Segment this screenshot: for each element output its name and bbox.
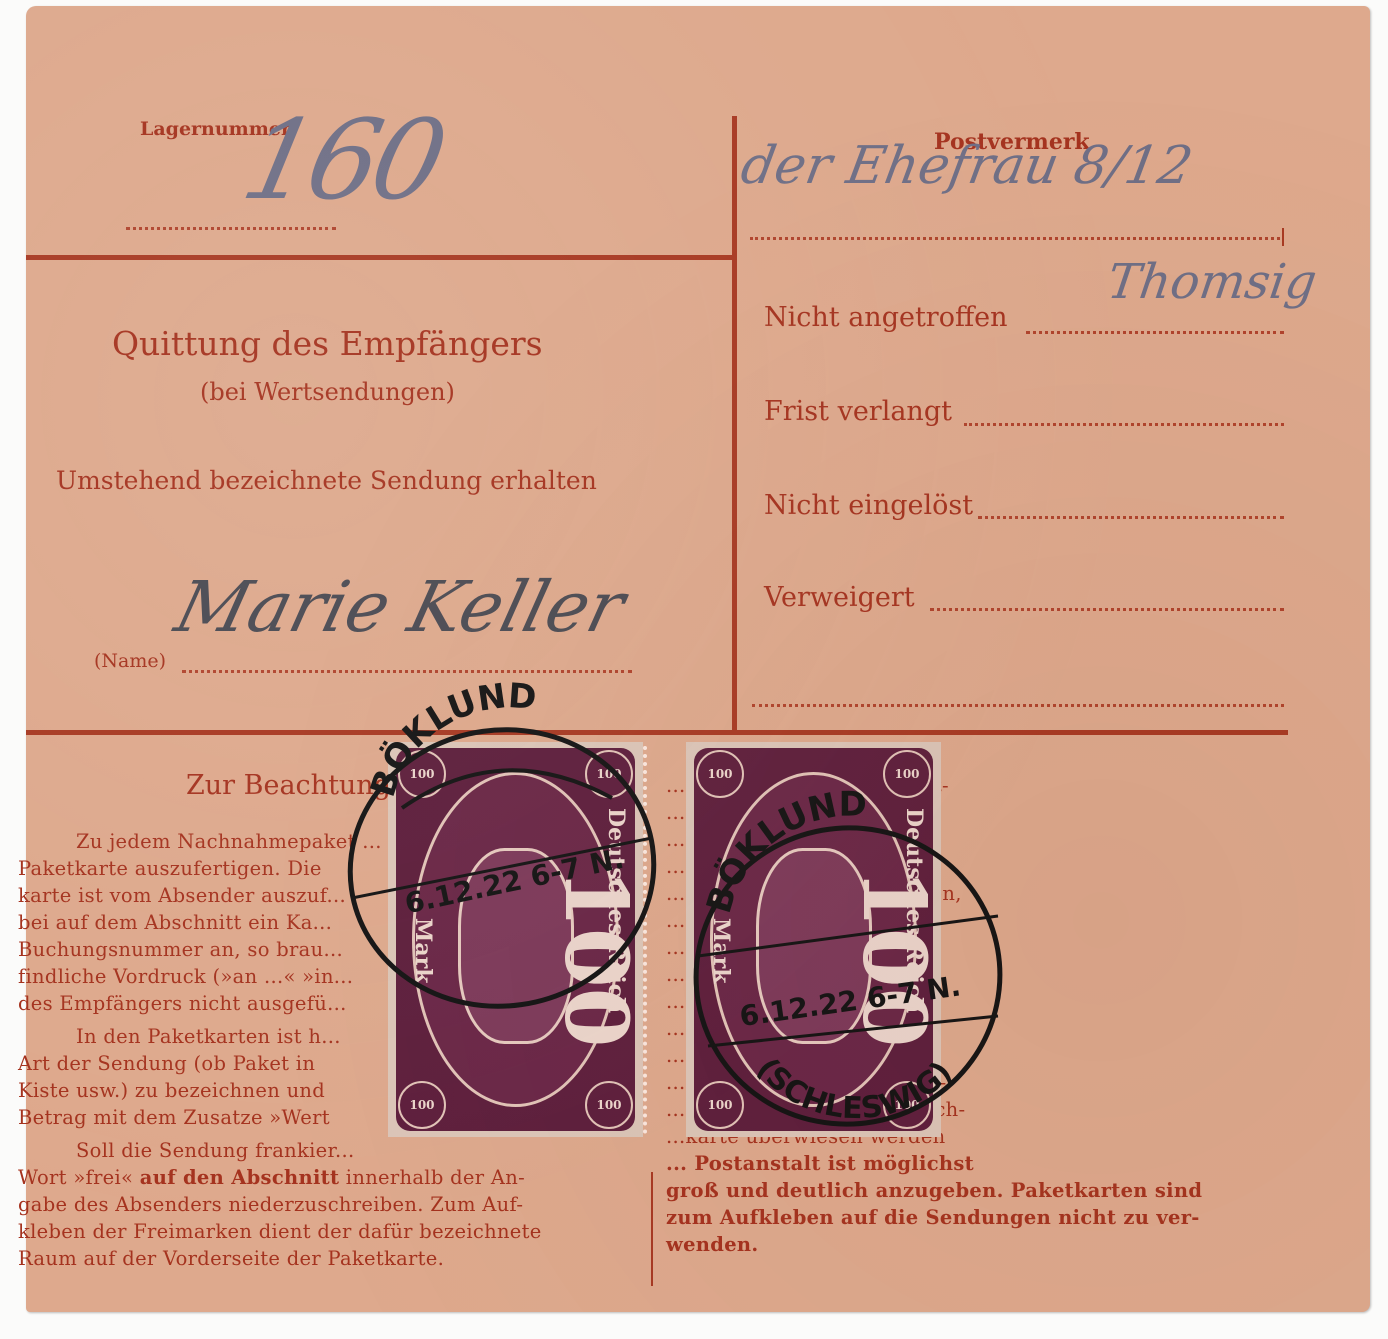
status-deadline-label: Frist verlangt [764,396,952,427]
status-not-redeemed-label: Nicht eingelöst [764,490,973,521]
status-extra-line [752,704,1284,707]
post-note-handwriting-1: der Ehefrau 8/12 [737,136,1197,196]
stamp-corner-tr: 100 [883,750,931,798]
postmark-2: BÖKLUND 6.12.22 6-7 N. (SCHLESWIG) [688,816,1018,1150]
note-line: Wort »frei« auf den Abschnitt innerhalb … [18,1164,638,1191]
recipient-signature: Marie Keller [168,566,633,648]
vertical-divider-top [732,116,737,731]
note-line: groß und deutlich anzugeben. Paketkarten… [666,1177,1288,1204]
receipt-subtitle: (bei Wertsendungen) [200,378,455,406]
receipt-title: Quittung des Empfängers [112,324,543,363]
receipt-statement: Umstehend bezeichnete Sendung erhalten [56,466,597,495]
note-line: Soll die Sendung frankier... [18,1137,638,1164]
postmark-circle-icon: BÖKLUND 6.12.22 6-7 N. (SCHLESWIG) [688,816,1018,1146]
status-not-found-label: Nicht angetroffen [764,302,1008,333]
status-refused-label: Verweigert [764,582,915,613]
status-deadline-line [964,423,1284,426]
note-line: gabe des Absenders niederzuschreiben. Zu… [18,1191,638,1218]
postmark-date: 6.12.22 6-7 N. [402,842,627,921]
note-line: wenden. [666,1231,1288,1258]
note-line: ... Postanstalt ist möglichst [666,1150,1288,1177]
stamp-corner-tl: 100 [696,750,744,798]
post-note-handwriting-2: Thomsig [1104,254,1320,310]
note-line: zum Aufkleben auf die Sendungen nicht zu… [666,1204,1288,1231]
storage-number-line [126,227,336,230]
stamp-corner-br: 100 [585,1081,633,1129]
recipient-name-label: (Name) [94,650,166,672]
status-not-redeemed-line [978,516,1284,519]
horizontal-rule-upper [26,255,732,260]
svg-text:(SCHLESWIG): (SCHLESWIG) [750,1052,960,1127]
parcel-card: Lagernummer 160 Postvermerk der Ehefrau … [26,6,1370,1312]
storage-number-value: 160 [232,96,451,224]
status-refused-line [930,608,1284,611]
note-line: kleben der Freimarken dient der dafür be… [18,1218,638,1245]
stamp-corner-bl: 100 [398,1081,446,1129]
post-note-line-end [1282,228,1284,246]
note-line: Raum auf der Vorderseite der Paketkarte. [18,1245,638,1272]
post-note-line [750,237,1280,240]
postmark-circle-icon: BÖKLUND 6.12.22 6-7 N. [342,718,672,1018]
recipient-name-line [182,670,632,673]
status-not-found-line [1026,331,1284,334]
vertical-divider-bottom [651,1172,653,1286]
postmark-1: BÖKLUND 6.12.22 6-7 N. [342,718,672,1022]
postmark-region: (SCHLESWIG) [750,1052,960,1127]
